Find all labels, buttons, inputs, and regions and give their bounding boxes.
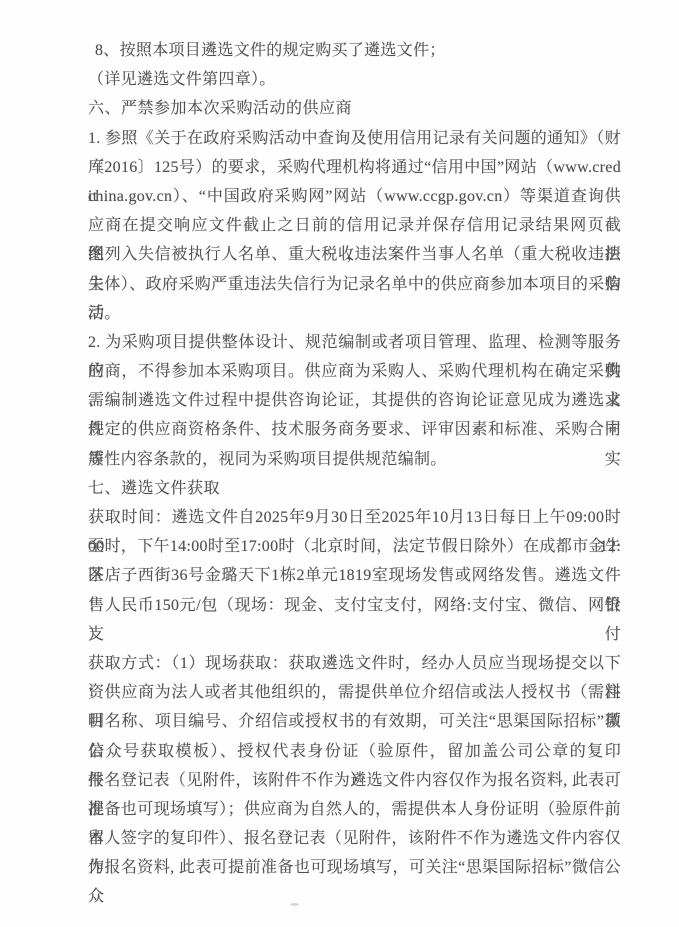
document-page: 8、按照本项目遴选文件的规定购买了遴选文件；（详见遴选文件第四章）。六、严禁参加… — [0, 0, 679, 927]
text-line: 00时，下午14:00时至17:00时（北京时间，法定节假日除外）在成都市金牛区 — [88, 532, 621, 561]
text-line: 规定的供应商资格条件、技术服务商务要求、评审因素和标准、采购合同等实 — [88, 415, 621, 444]
text-line: 主体）、政府采购严重违法失信行为记录名单中的供应商参加本项目的采购活 — [88, 270, 621, 299]
text-line: ：供应商为法人或者其他组织的，需提供单位介绍信或法人授权书（需注明项 — [88, 678, 621, 707]
text-line: 〔2016〕125号）的要求，采购代理机构将通过“信用中国”网站（www.cre… — [88, 153, 621, 182]
text-line: 应商在提交响应文件截止之日前的信用记录并保存信用记录结果网页截图，拒 — [88, 211, 621, 240]
section-heading: 七、遴选文件获取 — [88, 474, 621, 503]
text-line: 2. 为采购项目提供整体设计、规范编制或者项目管理、监理、检测等服务的供 — [88, 328, 621, 357]
section-heading: 六、严禁参加本次采购活动的供应商 — [88, 94, 621, 123]
scan-speck — [290, 903, 299, 906]
text-line: 报名登记表（见附件，该附件不作为遴选文件内容仅作为报名资料, 此表可提前 — [88, 766, 621, 795]
text-line: 动。 — [88, 299, 621, 328]
text-line: 获取时间：遴选文件自2025年9月30日至2025年10月13日每日上午09:0… — [88, 503, 621, 532]
text-line: （详见遴选文件第四章）。 — [88, 65, 621, 94]
text-line: 准备也可现场填写）；供应商为自然人的，需提供本人身份证明（验原件，留 — [88, 795, 621, 824]
text-line: 、编制遴选文件过程中提供咨询论证，其提供的咨询论证意见成为遴选文件中 — [88, 386, 621, 415]
text-column: 8、按照本项目遴选文件的规定购买了遴选文件；（详见遴选文件第四章）。六、严禁参加… — [88, 36, 621, 882]
text-line: 目名称、项目编号、介绍信或授权书的有效期，可关注“思渠国际招标”微信 — [88, 707, 621, 736]
text-line: 获取方式：（1）现场获取：获取遴选文件时，经办人员应当现场提交以下资料 — [88, 649, 621, 678]
text-line: 茶店子西街36号金璐天下1栋2单元1819室现场发售或网络发售。遴选文件售价 — [88, 561, 621, 590]
text-line: 1. 参照《关于在政府采购活动中查询及使用信用记录有关问题的通知》（财库 — [88, 124, 621, 153]
text-line: china.gov.cn）、“中国政府采购网”网站（www.ccgp.gov.c… — [88, 182, 621, 211]
text-line: 公众号获取模板）、授权代表身份证（验原件，留加盖公司公章的复印件）、 — [88, 737, 621, 766]
text-line: 本人签字的复印件）、报名登记表（见附件，该附件不作为遴选文件内容仅作 — [88, 824, 621, 853]
text-line: 8、按照本项目遴选文件的规定购买了遴选文件； — [88, 36, 621, 65]
text-line: 应商，不得参加本采购项目。供应商为采购人、采购代理机构在确定采购需求 — [88, 357, 621, 386]
text-line: ：人民币150元/包（现场：现金、支付宝支付，网络:支付宝、微信、网银支付 — [88, 591, 621, 620]
text-line: 绝列入失信被执行人名单、重大税收违法案件当事人名单（重大税收违法失信 — [88, 240, 621, 269]
text-line: 为报名资料, 此表可提前准备也可现场填写，可关注“思渠国际招标”微信公众 — [88, 853, 621, 882]
